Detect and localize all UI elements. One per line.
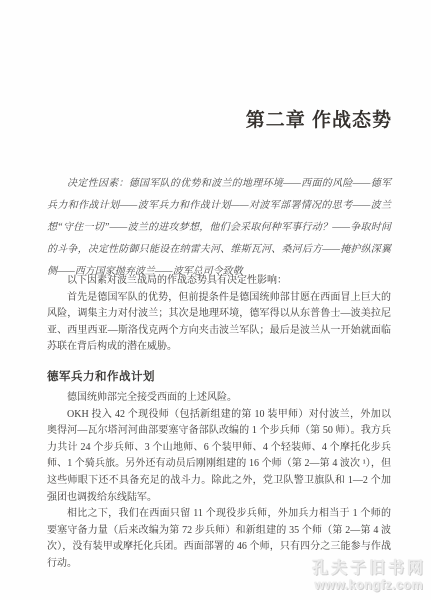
kongfz-watermark: 孔夫子旧书网 www.kongfz.com <box>312 555 426 592</box>
watermark-site-url: www.kongfz.com <box>312 578 426 592</box>
intro-paragraphs: 以下因素对波兰战局的作战态势具有决定性影响： 首先是德国军队的优势，但前提条件是… <box>47 273 391 356</box>
chapter-abstract: 决定性因素：德国军队的优势和波兰的地理环境——西面的风险——德军兵力和作战计划—… <box>47 173 391 283</box>
section-heading: 德军兵力和作战计划 <box>47 368 155 384</box>
book-page: 第二章 作战态势 决定性因素：德国军队的优势和波兰的地理环境——西面的风险——德… <box>0 0 431 600</box>
section-paragraph-1: 德国统帅部完全接受西面的上述风险。 <box>47 390 391 407</box>
watermark-site-name: 孔夫子旧书网 <box>312 555 426 578</box>
section-paragraph-2: OKH 投入 42 个现役师（包括新组建的第 10 装甲师）对付波兰，外加以奥得… <box>47 407 391 507</box>
intro-paragraph-1: 以下因素对波兰战局的作战态势具有决定性影响： <box>47 273 391 290</box>
chapter-title: 第二章 作战态势 <box>246 105 392 132</box>
intro-paragraph-2: 首先是德国军队的优势，但前提条件是德国统帅部甘愿在西面冒上巨大的风险，调集主力对… <box>47 290 391 356</box>
section-paragraphs: 德国统帅部完全接受西面的上述风险。 OKH 投入 42 个现役师（包括新组建的第… <box>47 390 391 573</box>
